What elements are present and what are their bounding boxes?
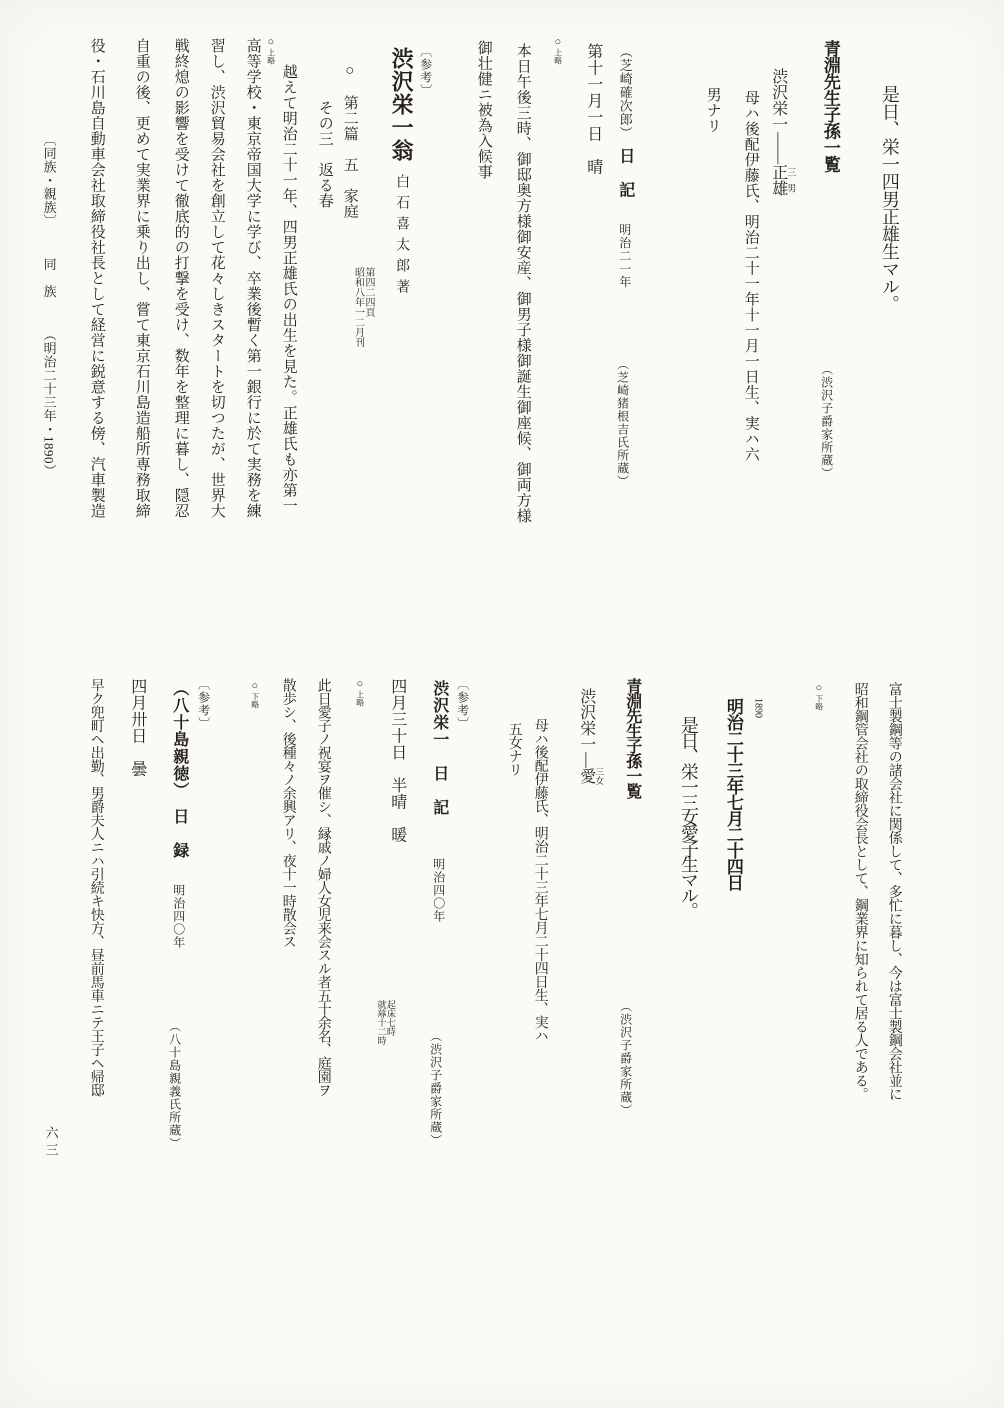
next-entry-date: （明治二十三年・1890）: [42, 328, 57, 478]
reference-body-line-4: 戦終熄の影響を受けて徹底的の打撃を受け、数年を整理に暮し、隠忍: [172, 38, 188, 519]
genealogy-child-ruby: 三男: [786, 164, 796, 196]
bottom-diary1-attribution: （渋沢子爵家所蔵）: [429, 1030, 442, 1147]
top-entry-heading: 是日、栄一四男正雄生マル。: [880, 85, 899, 313]
reference-body-line-5: 自重の後、更めて実業界に乗り出し、嘗て東京石川島造船所専務取締: [133, 38, 149, 519]
next-entry-category: 同 族: [42, 258, 57, 299]
bottom-genealogy-note-1: 母ハ後配伊藤氏、明治二十三年七月二十四日生、実ハ: [532, 718, 547, 1042]
genealogy-child-ruby: 三女: [594, 767, 604, 785]
omission-mark-top-1: ○上略: [549, 36, 566, 65]
reference-book-title: 渋沢栄一翁: [389, 47, 414, 162]
bottom-body-continuation-2: 昭和鋼管会社の取締役会長として、鋼業界に知られて居る人である。: [852, 682, 867, 1101]
diary2-title: （八十島親徳） 日 録: [171, 680, 188, 859]
bottom-body-continuation-1: 富士製鋼等の諸会社に関係して、多忙に暮し、今は富士製鋼会社並に: [886, 682, 901, 1101]
genealogy-connector: —: [578, 752, 595, 768]
bottom-diary1-body-1: 此日愛子ノ祝宴ヲ催シ、縁戚ノ婦人女児来会スル者五十余名、庭園ヲ: [315, 678, 330, 1097]
genealogy-child: 愛三女: [578, 768, 595, 785]
diary1-title: 渋沢栄一 日 記: [431, 680, 448, 816]
genealogy-connector: ——: [770, 132, 787, 164]
diary-title: 日 記: [617, 148, 634, 199]
omission-mark-bottom-1: ○下略: [810, 682, 827, 711]
reference-body-line-1: 越えて明治二十一年、四男正雄氏の出生を見た。正雄氏も亦第一: [280, 64, 296, 514]
diary1-year: 明治四〇年: [432, 858, 446, 923]
reference-body-line-3: 習し、渋沢貿易会社を創立して花々しきスタートを切つたが、世界大: [208, 38, 224, 519]
top-genealogy-title: 青淵先生子孫一覧: [821, 40, 839, 172]
genealogy-parent: 渋沢栄一: [578, 688, 595, 752]
reference-body-line-6: 役・石川島自動車会社取締役社長として経営に鋭意する傍、汽車製造: [88, 38, 104, 519]
reference-body-line-2: 高等学校・東京帝国大学に学び、卒業後暫く第一銀行に於て実務を練: [244, 38, 260, 519]
next-entry-header-column: 〔同族・親族〕同 族（明治二十三年・1890）: [42, 133, 56, 478]
sleep-time: 就蓐十二時: [376, 1000, 385, 1045]
top-genealogy-line: 渋沢栄一——正雄三男: [769, 68, 796, 196]
bottom-genealogy-attribution: （渋沢子爵家所蔵）: [619, 1000, 632, 1117]
bottom-diary1-body-2: 散歩シ、後種々ノ余興アリ、夜十一時散会ス: [280, 678, 295, 948]
top-diary-heading-column: （芝崎確次郎）日 記明治二一年: [616, 45, 633, 289]
diary2-year: 明治四〇年: [172, 884, 186, 949]
top-reference-section: その三 返る春: [316, 100, 332, 209]
next-entry-label: 〔同族・親族〕: [42, 133, 57, 228]
bottom-reference-label-2: 〔参考〕: [197, 678, 210, 730]
diary1-wake-sleep-note: 起床七時 就蓐十二時: [376, 1000, 395, 1045]
omission-mark-bottom-3: ○下略: [246, 680, 263, 709]
top-genealogy-note-2: 男ナリ: [704, 87, 720, 134]
publication-page: 第四二四頁: [363, 267, 374, 347]
bottom-reference-label-1: 〔参考〕: [456, 678, 469, 730]
page-number: 六三: [44, 1126, 58, 1160]
bottom-diary1-date-line: 四月三十日 半晴 暖: [388, 678, 405, 843]
top-reference-title-column: 渋沢栄一翁白石喜太郎著: [390, 47, 413, 300]
entry-date-heading: 明治二十三年七月二十四日: [724, 698, 742, 890]
bottom-genealogy-title: 青淵先生子孫一覧: [623, 678, 640, 798]
bottom-diary1-heading-column: 渋沢栄一 日 記明治四〇年: [430, 680, 447, 923]
top-reference-chapter: ○ 第二篇 五 家庭: [341, 63, 357, 219]
publication-date: 昭和八年一二月刊: [352, 267, 363, 347]
bottom-diary2-body: 早ク兜町ヘ出勤、男爵夫人ニハ引続キ快方、昼前馬車ニテ王子ヘ帰邸: [88, 678, 103, 1097]
genealogy-parent: 渋沢栄一: [770, 68, 787, 132]
top-genealogy-attribution: （渋沢子爵家所蔵）: [820, 363, 833, 480]
omission-mark-bottom-2: ○上略: [351, 678, 368, 707]
reference-book-author: 白石喜太郎著: [394, 174, 409, 300]
top-diary-body-1: 本日午後三時、御邸奥方様御安産、御男子様御誕生御座候、御両方様: [514, 43, 530, 524]
top-reference-label: 〔参考〕: [419, 45, 432, 97]
wake-time: 起床七時: [385, 1000, 394, 1045]
bottom-entry-heading: 是日、栄一三女愛子生マル。: [679, 716, 698, 918]
top-diary-date-line: 第十一月一日 晴: [584, 43, 601, 175]
bottom-genealogy-line: 渋沢栄一—愛三女: [577, 688, 604, 785]
top-genealogy-note-1: 母ハ後配伊藤氏、明治二十一年十一月一日生、実ハ六: [742, 90, 758, 462]
genealogy-child: 正雄三男: [770, 164, 787, 196]
entry-year-western: 1890: [752, 698, 763, 718]
omission-mark-top-2: ○上略: [262, 36, 279, 65]
top-diary-attribution: （芝崎猪根吉氏所蔵）: [616, 358, 629, 488]
bottom-diary2-attribution: （八十島親義氏所蔵）: [168, 1020, 181, 1150]
scanned-book-page: 是日、栄一四男正雄生マル。 青淵先生子孫一覧 （渋沢子爵家所蔵） 渋沢栄一——正…: [0, 0, 1004, 1408]
top-diary-body-2: 御壮健ニ被為入候事: [475, 40, 491, 180]
bottom-diary2-heading-column: （八十島親徳） 日 録明治四〇年: [170, 680, 187, 949]
bottom-genealogy-note-2: 五女ナリ: [506, 722, 521, 776]
bottom-diary2-date-line: 四月卅日 曇: [128, 678, 145, 777]
diary-year: 明治二一年: [618, 224, 632, 289]
top-publication-note: 第四二四頁 昭和八年一二月刊: [352, 267, 373, 347]
diary-author: （芝崎確次郎）: [618, 45, 633, 140]
